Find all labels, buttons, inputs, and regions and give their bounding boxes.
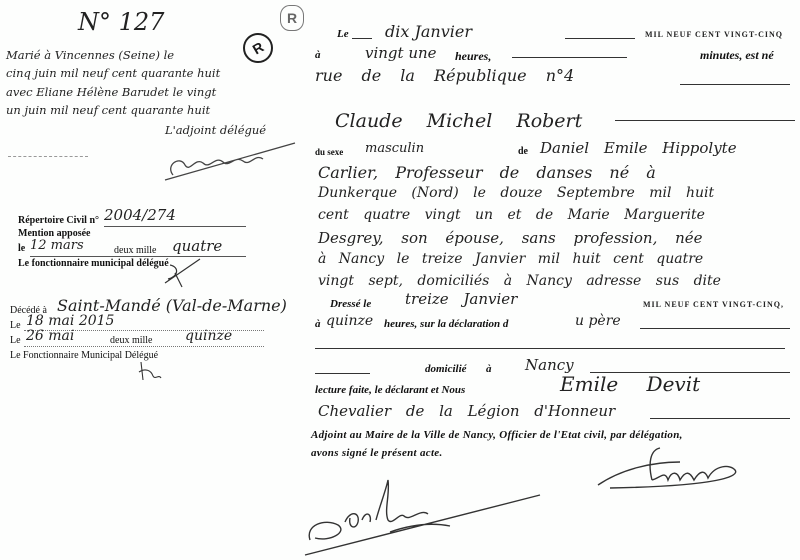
death-year-label: deux mille [110,335,153,346]
declarant: u père [575,313,621,329]
birth-date: dix Janvier [385,22,472,41]
closing-line-2: avons signé le présent acte. [311,447,443,459]
dotted-line [24,346,264,347]
drawn-up-year-printed: MIL NEUF CENT VINGT-CINQ, [643,300,784,309]
birth-hour-prefix: à [315,49,321,61]
marriage-note-line-3: avec Eliane Hélène Barudet le vingt [6,85,216,99]
death-date: 18 mai 2015 [26,313,114,329]
act-date-prefix: Le [337,28,349,40]
underline [315,348,785,349]
mention-year: quatre [172,237,222,255]
birth-year-printed: MIL NEUF CENT VINGT-CINQ [645,30,783,39]
mention-date-prefix: le [18,243,25,254]
marriage-note-line-4: un juin mil neuf cent quarante huit [6,103,210,117]
act-line-7: Dunkerque (Nord) le douze Septembre mil … [318,185,714,201]
hours-label: heures, [455,49,491,64]
death-official-initials-icon [135,360,165,385]
drawn-up-date: treize Janvier [405,290,517,308]
registered-stamp-icon: R [280,5,304,31]
underline [650,418,790,419]
declaration-hour: quinze [326,313,373,329]
father-name: Daniel Emile Hippolyte [540,139,737,157]
death-mention-label: Le [10,335,21,346]
underline [352,38,372,39]
act-line-9: Desgrey, son épouse, sans profession, né… [318,229,703,247]
officer-title: Chevalier de la Légion d'Honneur [318,402,615,420]
repertoire-number: 2004/274 [104,206,176,224]
act-line-8: cent quatre vingt un et de Marie Marguer… [318,207,705,223]
underline [615,120,795,121]
underline [30,256,246,257]
official-label: Le fonctionnaire municipal délégué [18,258,169,269]
act-line-6: Carlier, Professeur de danses né à [318,163,656,182]
official-initials-icon [160,255,205,290]
domicile-label: domicilié [425,363,467,375]
death-date-label: Le [10,320,21,331]
sex-label: du sexe [315,147,343,157]
underline [104,226,246,227]
reading-label: lecture faite, le déclarant et Nous [315,384,465,396]
underline [565,38,635,39]
officer-signature-icon [590,440,760,495]
act-line-11: vingt sept, domiciliés à Nancy adresse s… [318,273,721,289]
officer-name: Emile Devit [560,372,700,396]
underline [640,328,790,329]
repertoire-label: Répertoire Civil n° [18,215,99,226]
underline [680,84,790,85]
marriage-note-line-1: Marié à Vincennes (Seine) le [6,48,174,62]
divider [8,156,88,157]
mention-year-label: deux mille [114,245,157,256]
underline [315,373,370,374]
act-line-10: à Nancy le treize Janvier mil huit cent … [318,251,703,267]
left-margin-signature-icon [155,135,305,190]
minutes-label: minutes, est né [700,48,774,63]
drawn-up-label: Dressé le [330,298,371,310]
mention-date: 12 mars [30,238,84,253]
underline [512,57,627,58]
birth-hour: vingt une [365,44,437,62]
declarant-signature-icon [300,470,550,560]
sex-value: masculin [365,141,424,156]
declaration-hour-prefix: à [315,318,321,330]
marriage-note-line-2: cinq juin mil neuf cent quarante huit [6,66,220,80]
act-number: N° 127 [78,8,164,36]
father-prefix: de [518,146,528,157]
death-mention-date: 26 mai [26,328,74,344]
death-year: quinze [185,328,232,344]
declaration-text: heures, sur la déclaration d [384,318,508,330]
domicile-prep: à [486,363,492,375]
birth-address: rue de la République n°4 [315,66,574,85]
registered-stamp-circle-icon: R [243,33,273,63]
child-name: Claude Michel Robert [335,110,582,132]
